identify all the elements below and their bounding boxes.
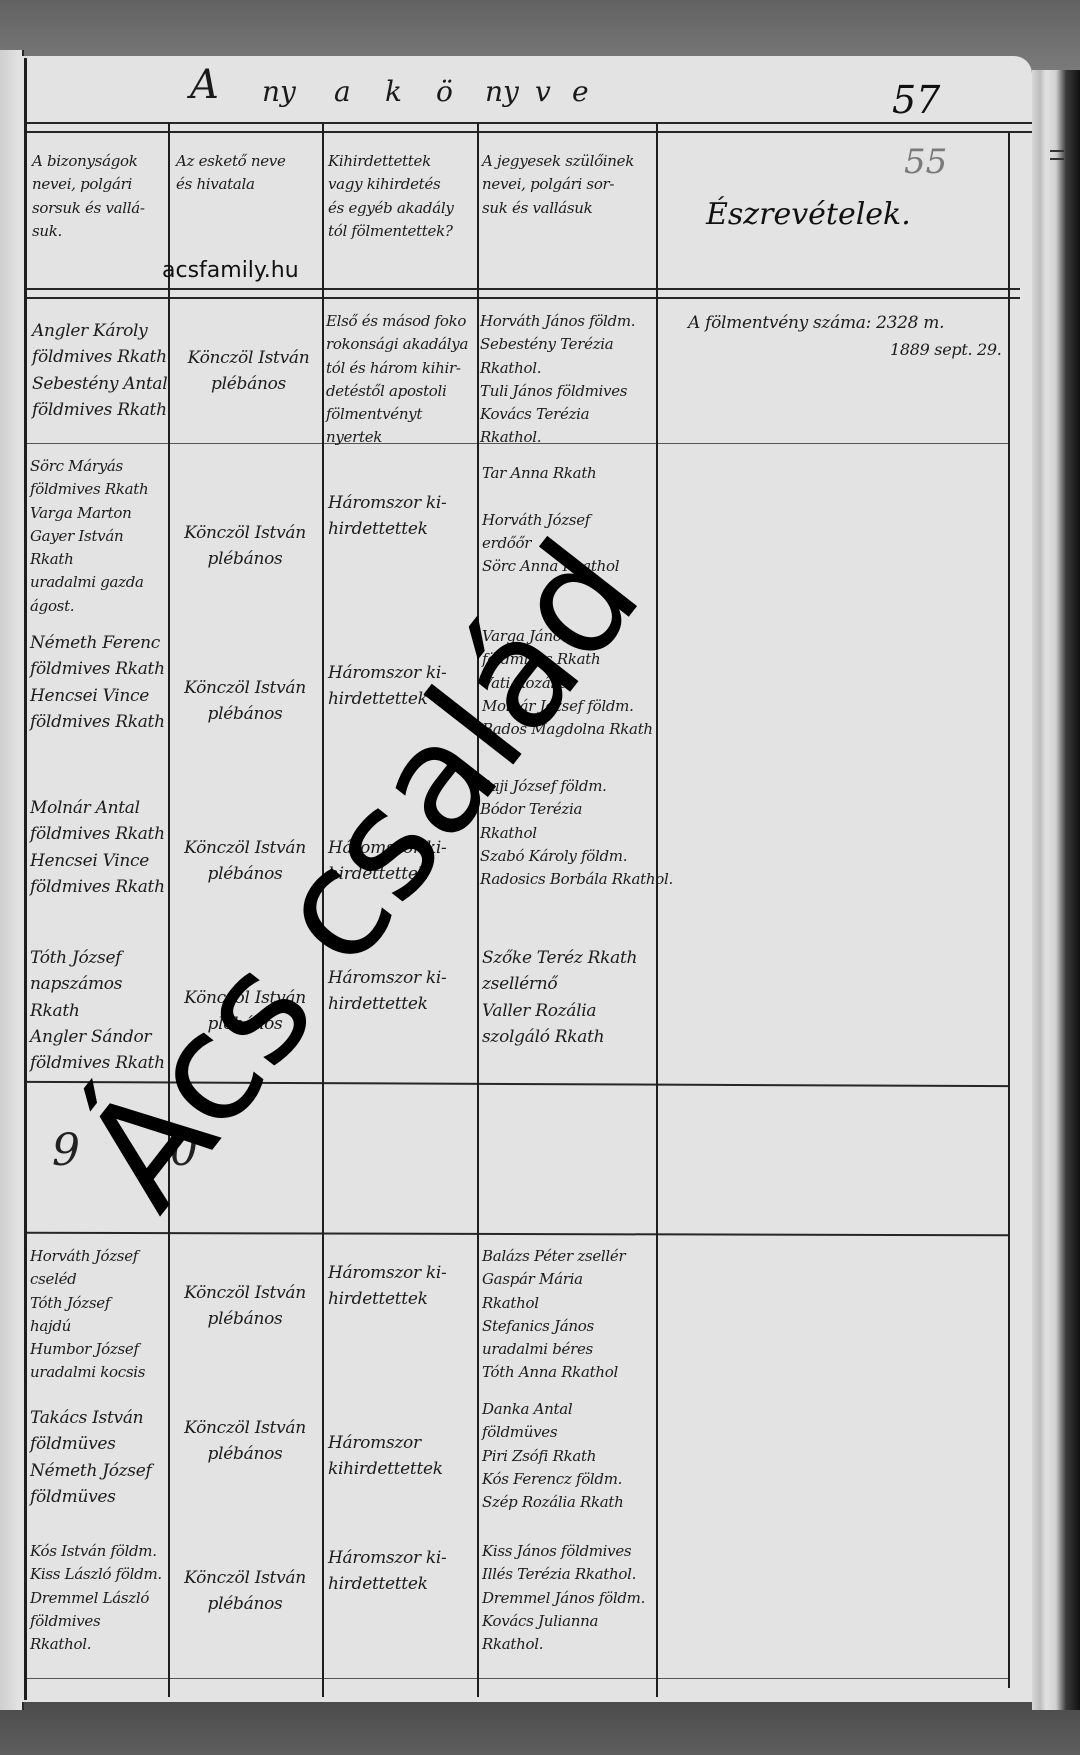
header-parents: A jegyesek szülőinek nevei, polgári sor-…: [482, 150, 654, 220]
officiant-cell: Könczöl István plébános: [170, 1565, 320, 1618]
banns-cell: Háromszor kihirdettettek: [328, 1430, 476, 1483]
witnesses-cell: Kós István földm. Kiss László földm. Dre…: [30, 1540, 170, 1656]
header-rule-top: [24, 122, 1032, 124]
officiant-cell: Könczöl István plébános: [176, 345, 321, 398]
parents-cell: Danka Antal földmüves Piri Zsófi Rkath K…: [482, 1398, 672, 1514]
left-page-edge: [0, 50, 24, 1710]
witnesses-cell: Angler Károly földmives Rkath Sebestény …: [32, 318, 167, 423]
binding-mark: [1050, 158, 1064, 160]
officiant-cell: Könczöl István plébános: [170, 520, 320, 573]
header-rule-bottom-2: [24, 297, 1020, 299]
remarks-cell: A fölmentvény száma: 2328 m.: [688, 310, 1018, 336]
binding-mark: [1050, 150, 1064, 152]
header-rule-top-2: [24, 131, 1032, 133]
header-banns: Kihirdettettek vagy kihirdetés és egyéb …: [328, 150, 476, 243]
parents-cell: Kiss János földmives Illés Terézia Rkath…: [482, 1540, 692, 1656]
witnesses-cell: Molnár Antal földmives Rkath Hencsei Vin…: [30, 795, 170, 900]
witnesses-cell: Sörc Máryás földmives Rkath Varga Marton…: [30, 455, 170, 618]
page-number: 57: [892, 78, 940, 122]
book-binding: [1032, 70, 1080, 1710]
banns-cell: Első és másod foko rokonsági akadálya tó…: [326, 310, 476, 450]
officiant-cell: Könczöl István plébános: [170, 1415, 320, 1468]
banns-cell: Háromszor ki- hirdettettek: [328, 1545, 476, 1598]
witnesses-cell: Takács István földmüves Németh József fö…: [30, 1405, 170, 1510]
column-divider: [477, 122, 479, 1697]
officiant-cell: Könczöl István plébános: [170, 675, 320, 728]
page-number-pencil: 55: [904, 142, 947, 182]
header-remarks: Észrevételek.: [706, 197, 911, 232]
parents-cell: Szőke Teréz Rkath zsellérnő Valler Rozál…: [482, 945, 662, 1050]
witnesses-cell: Horváth József cseléd Tóth József hajdú …: [30, 1245, 170, 1385]
header-witnesses: A bizonyságok nevei, polgári sorsuk és v…: [32, 150, 168, 243]
header-officiant: Az eskető neve és hivatala: [176, 150, 321, 197]
left-border: [24, 58, 27, 1700]
scan-background-bottom: [0, 1700, 1080, 1755]
parents-cell: Horváth János földm. Sebestény Terézia R…: [480, 310, 670, 450]
banns-cell: Háromszor ki- hirdettettek: [328, 1260, 476, 1313]
parents-cell: Balázs Péter zsellér Gaspár Mária Rkatho…: [482, 1245, 672, 1385]
bottom-rule: [24, 1678, 1009, 1679]
witnesses-cell: Németh Ferenc földmives Rkath Hencsei Vi…: [30, 630, 170, 735]
remarks-date: 1889 sept. 29.: [890, 338, 1020, 363]
officiant-cell: Könczöl István plébános: [170, 1280, 320, 1333]
right-border: [1008, 133, 1010, 1688]
banns-cell: Háromszor ki- hirdettettek: [328, 490, 476, 543]
watermark-url: acsfamily.hu: [162, 258, 299, 283]
header-rule-bottom: [24, 288, 1020, 290]
